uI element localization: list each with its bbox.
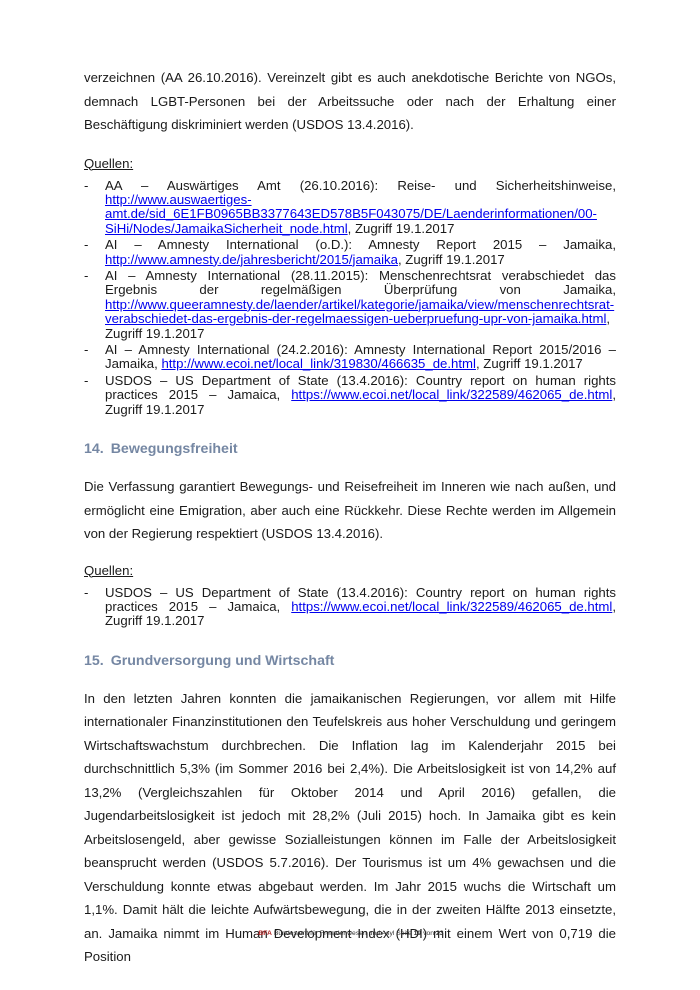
source-link[interactable]: http://www.auswaertiges-amt.de/sid_6E1FB… bbox=[105, 192, 597, 236]
document-page: verzeichnen (AA 26.10.2016). Vereinzelt … bbox=[84, 60, 616, 969]
list-dash: - bbox=[84, 374, 88, 388]
source-item: -AI – Amnesty International (o.D.): Amne… bbox=[84, 238, 616, 267]
source-link[interactable]: http://www.queeramnesty.de/laender/artik… bbox=[105, 297, 614, 326]
section-15-paragraph: In den letzten Jahren konnten die jamaik… bbox=[84, 687, 616, 969]
source-link[interactable]: http://www.amnesty.de/jahresbericht/2015… bbox=[105, 252, 398, 267]
sources-label: Quellen: bbox=[84, 562, 616, 580]
section-title: Grundversorgung und Wirtschaft bbox=[111, 653, 335, 669]
section-heading-14: 14. Bewegungsfreiheit bbox=[84, 439, 616, 459]
footer-agency: Bundesamt für Fremdenwesen und Asyl Seit… bbox=[272, 930, 414, 937]
intro-paragraph: verzeichnen (AA 26.10.2016). Vereinzelt … bbox=[84, 66, 616, 137]
page-footer: .BFA Bundesamt für Fremdenwesen und Asyl… bbox=[0, 930, 700, 937]
list-dash: - bbox=[84, 179, 88, 193]
sources-list: -AA – Auswärtiges Amt (26.10.2016): Reis… bbox=[84, 179, 616, 418]
section-title: Bewegungsfreiheit bbox=[111, 441, 238, 457]
page-total: 23 bbox=[436, 930, 444, 937]
section-number: 15. bbox=[84, 653, 104, 669]
source-item: -USDOS – US Department of State (13.4.20… bbox=[84, 586, 616, 629]
section-14-paragraph: Die Verfassung garantiert Bewegungs- und… bbox=[84, 475, 616, 546]
source-link[interactable]: https://www.ecoi.net/local_link/322589/4… bbox=[291, 599, 612, 614]
bfa-logo-text: .BFA bbox=[256, 930, 271, 937]
list-dash: - bbox=[84, 343, 88, 357]
list-dash: - bbox=[84, 238, 88, 252]
source-item: -AI – Amnesty International (28.11.2015)… bbox=[84, 269, 616, 341]
source-item: -USDOS – US Department of State (13.4.20… bbox=[84, 374, 616, 417]
source-link[interactable]: http://www.ecoi.net/local_link/319830/46… bbox=[161, 356, 476, 371]
section-heading-15: 15. Grundversorgung und Wirtschaft bbox=[84, 651, 616, 671]
source-item: -AI – Amnesty International (24.2.2016):… bbox=[84, 343, 616, 372]
sources-list: -USDOS – US Department of State (13.4.20… bbox=[84, 586, 616, 629]
list-dash: - bbox=[84, 586, 88, 600]
section-number: 14. bbox=[84, 441, 104, 457]
sources-label: Quellen: bbox=[84, 155, 616, 173]
list-dash: - bbox=[84, 269, 88, 283]
source-item: -AA – Auswärtiges Amt (26.10.2016): Reis… bbox=[84, 179, 616, 237]
source-link[interactable]: https://www.ecoi.net/local_link/322589/4… bbox=[291, 387, 612, 402]
